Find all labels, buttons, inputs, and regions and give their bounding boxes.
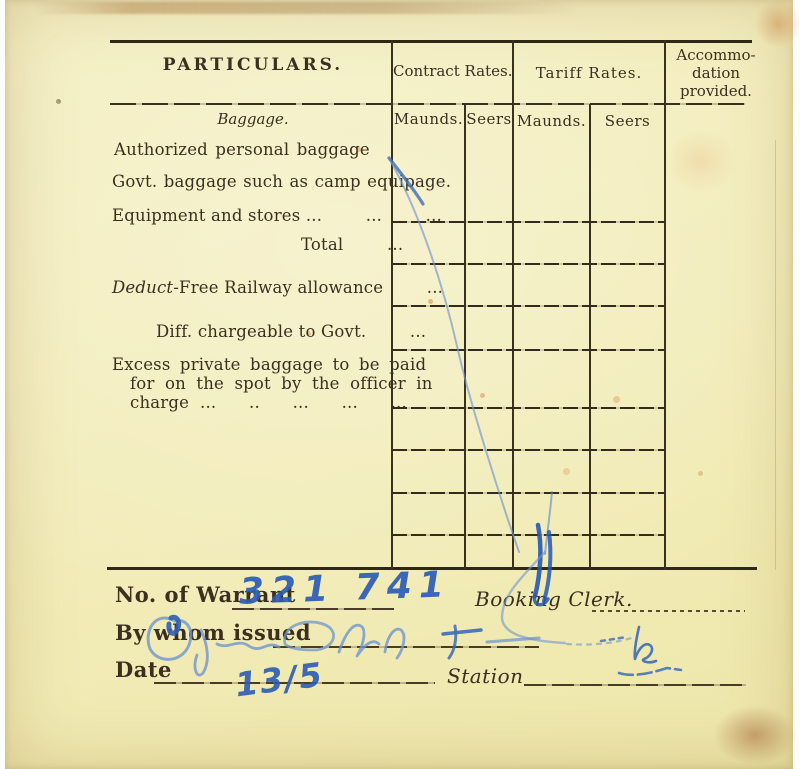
handwritten-date: 13/5 — [233, 655, 326, 705]
header-separator-rule — [110, 103, 745, 105]
grid-row-rule — [392, 449, 664, 451]
ink-scrawl-f-stem — [449, 626, 456, 658]
label-station: Station — [447, 664, 524, 688]
row-authorized-personal-baggage: Authorized personal baggage — [114, 140, 370, 159]
deduct-rest: -Free Railway allowance ... — [173, 278, 443, 297]
ink-circle-sweep-dotted — [567, 637, 635, 645]
middle-right-stain — [653, 118, 749, 204]
ink-squiggle-dashes — [601, 637, 627, 641]
subheader-tariff-maunds: Maunds. — [514, 112, 589, 130]
label-by-whom-issued: By whom issued — [115, 620, 311, 645]
subheader-baggage: Baggage. — [115, 110, 391, 128]
table-top-rule — [110, 40, 752, 43]
booking-clerk-blank-line — [592, 610, 745, 612]
row-equipment-and-stores: Equipment and stores ... ... ... — [112, 206, 442, 225]
column-divider — [589, 104, 591, 569]
bottom-right-stain — [703, 698, 800, 769]
station-blank-line — [524, 684, 746, 686]
grid-row-rule — [392, 534, 664, 536]
ink-squiggle-hook — [619, 668, 681, 675]
row-excess-private-baggage-line3: charge ... .. ... ... ... — [130, 393, 407, 412]
column-header-particulars: PARTICULARS. — [115, 55, 391, 75]
row-excess-private-baggage-line1: Excess private baggage to be paid — [112, 355, 426, 374]
ink-blot-tail — [545, 492, 552, 554]
grid-row-rule — [392, 492, 664, 494]
deduct-italic: Deduct — [112, 278, 173, 297]
scanned-baggage-warrant-form: PARTICULARS. Contract Rates. Tariff Rate… — [5, 0, 793, 769]
row-deduct-free-railway-allowance: Deduct-Free Railway allowance ... — [112, 278, 443, 297]
top-edge-stain — [33, 2, 578, 14]
row-govt-baggage: Govt. baggage such as camp equipage. — [112, 172, 451, 191]
column-divider — [664, 40, 666, 570]
column-header-contract-rates: Contract Rates. — [393, 62, 512, 80]
ink-scrawl-f-bar — [443, 630, 481, 634]
label-date: Date — [115, 657, 172, 682]
handwritten-warrant-number: 321 741 — [238, 564, 451, 612]
subheader-contract-maunds: Maunds. — [393, 110, 464, 128]
column-divider — [464, 104, 466, 569]
subheader-contract-seers: Seers — [466, 110, 512, 128]
paper-speckles — [5, 0, 8, 3]
column-header-accommodation: Accommo- dation provided. — [668, 46, 764, 100]
grid-row-rule — [392, 349, 664, 351]
subheader-tariff-seers: Seers — [591, 112, 664, 130]
ink-scrawl-f-bar2 — [487, 638, 539, 642]
ink-scrawl-r — [339, 625, 379, 656]
row-diff-chargeable-to-govt: Diff. chargeable to Govt. ... — [156, 322, 426, 341]
grid-row-rule — [392, 263, 664, 265]
grid-row-rule — [392, 305, 664, 307]
row-excess-private-baggage-line2: for on the spot by the officer in — [130, 374, 433, 393]
column-header-tariff-rates: Tariff Rates. — [514, 64, 664, 82]
paper-crease — [775, 140, 776, 570]
top-right-stain — [755, 0, 800, 48]
ink-squiggle-h — [635, 627, 656, 662]
by-whom-issued-blank-line — [273, 646, 539, 648]
grid-row-rule — [392, 407, 664, 409]
row-total: Total ... — [301, 235, 403, 254]
label-booking-clerk: Booking Clerk. — [475, 587, 633, 611]
ink-scrawl-a — [385, 629, 404, 658]
